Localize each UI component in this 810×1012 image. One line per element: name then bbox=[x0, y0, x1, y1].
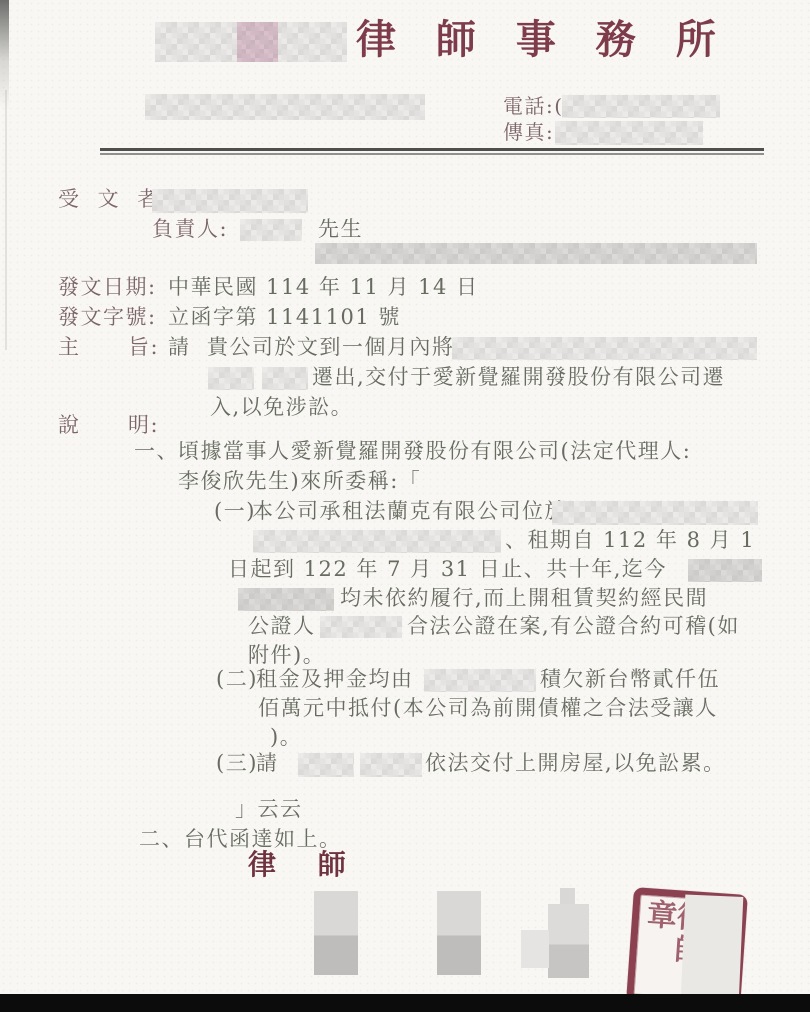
lawyer-seal-stamp: 律師章 bbox=[626, 887, 748, 1009]
seal-redaction-cover bbox=[681, 895, 744, 1003]
subject-line1: 請 貴公司於文到一個月內將 bbox=[168, 336, 454, 359]
item1-number: 一、 bbox=[134, 440, 179, 463]
letterhead-divider-line-thin bbox=[100, 153, 764, 155]
phone-number-redaction bbox=[562, 95, 720, 118]
signature-redaction-block bbox=[548, 904, 589, 978]
subject-label-char1: 主 bbox=[58, 336, 81, 359]
sub1-line4: 均未依約履行,而上開租賃契約經民間 bbox=[340, 587, 708, 610]
sub1-line5-head: 公證人 bbox=[248, 615, 316, 638]
sub1-line3: 日起到 122 年 7 月 31 日止、共十年,迄今 bbox=[228, 558, 667, 581]
sub3-line2: 」云云 bbox=[235, 798, 303, 821]
scan-bottom-black-bar bbox=[0, 994, 810, 1012]
sub1-line2-redaction bbox=[253, 530, 501, 553]
subject-line3: 入,以免涉訟。 bbox=[210, 396, 353, 419]
sub2-line2: 佰萬元中抵付(本公司為前開債權之合法受讓人 bbox=[258, 697, 718, 720]
page-title: 律 師 事 務 所 bbox=[356, 18, 729, 62]
signature-redaction-block bbox=[560, 888, 575, 905]
signature-redaction-block bbox=[521, 930, 549, 968]
fax-number-redaction bbox=[555, 121, 703, 145]
ref-number-label: 發文字號: bbox=[58, 306, 157, 329]
sub2-number: (二) bbox=[216, 668, 258, 691]
issue-date-label: 發文日期: bbox=[58, 276, 157, 299]
item1-line2: 李俊欣先生)來所委稱:「 bbox=[178, 470, 421, 493]
principal-title: 先生 bbox=[318, 218, 363, 241]
firm-address-redaction bbox=[145, 94, 425, 120]
explanation-label-char2: 明: bbox=[128, 414, 159, 437]
principal-label: 負責人: bbox=[152, 218, 228, 241]
sub1-line2: 、租期自 112 年 8 月 1 bbox=[505, 529, 755, 552]
scanned-letter-page: 律 師 事 務 所 電話:( 傳真:( 受 文 者: 負責人: 先生 發文日期:… bbox=[0, 0, 810, 1012]
firm-name-redaction-pink-segment bbox=[237, 22, 278, 62]
sub3-number: (三) bbox=[216, 752, 258, 775]
firm-name-redaction bbox=[155, 22, 347, 62]
issue-date-value: 中華民國 114 年 11 月 14 日 bbox=[168, 276, 479, 299]
letterhead-divider-line bbox=[100, 148, 764, 151]
subject-line2-redaction bbox=[262, 367, 308, 390]
item1-line1: 頃據當事人愛新覺羅開發股份有限公司(法定代理人: bbox=[178, 440, 691, 463]
scan-edge-artifact bbox=[5, 90, 7, 350]
sub2-line1-tail: 積欠新台幣貳仟伍 bbox=[540, 668, 720, 691]
sub1-line5-tail: 合法公證在案,有公證合約可稽(如 bbox=[407, 615, 740, 638]
lawyer-label: 律 師 bbox=[248, 850, 362, 881]
principal-name-redaction bbox=[240, 219, 302, 241]
ref-number-value: 立函字第 1141101 號 bbox=[168, 306, 401, 329]
sub2-line1-redaction bbox=[424, 669, 536, 692]
signature-redaction-block bbox=[314, 891, 358, 975]
subject-label-char2: 旨: bbox=[128, 336, 159, 359]
sub1-line4-redaction bbox=[238, 588, 334, 611]
sub3-line1-redaction bbox=[298, 753, 354, 777]
signature-redaction-block bbox=[437, 891, 481, 975]
sub3-line1-redaction bbox=[360, 753, 422, 777]
explanation-label-char1: 說 bbox=[58, 414, 81, 437]
sub1-number: (一) bbox=[214, 500, 256, 523]
sub1-line5-redaction bbox=[320, 616, 402, 638]
phone-label: 電話:( bbox=[503, 95, 564, 117]
sub1-line3-redaction bbox=[688, 559, 762, 582]
sub1-line1: 本公司承租法蘭克有限公司位於 bbox=[252, 500, 567, 523]
sub3-line1-head: 請 bbox=[256, 752, 279, 775]
subject-line1-redaction bbox=[452, 337, 757, 360]
sub1-line6: 附件)。 bbox=[248, 644, 325, 667]
sub3-line1-tail: 依法交付上開房屋,以免訟累。 bbox=[425, 752, 726, 775]
sub2-line1-head: 租金及押金均由 bbox=[256, 668, 414, 691]
subject-line2-redaction bbox=[208, 367, 254, 390]
recipient-name-redaction bbox=[152, 189, 308, 213]
sub1-line1-redaction bbox=[552, 501, 758, 525]
subject-line2: 遷出,交付于愛新覺羅開發股份有限公司遷 bbox=[312, 366, 725, 389]
recipient-address-redaction bbox=[315, 243, 757, 264]
sub2-line3: )。 bbox=[270, 726, 302, 749]
